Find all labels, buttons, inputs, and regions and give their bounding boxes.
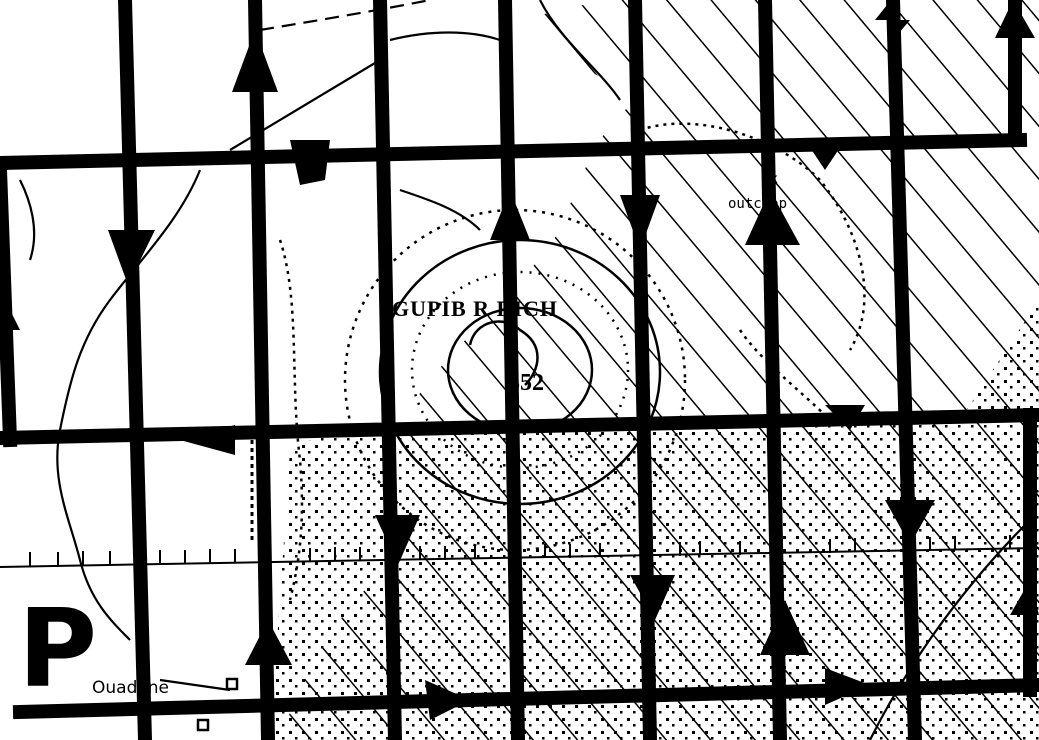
map-canvas: GUPIB R RICH 352 P Ouadane outcrop rk <box>0 0 1039 740</box>
peak-name-label: GUPIB R RICH <box>392 296 558 322</box>
sheet-letter-label: P <box>18 600 97 700</box>
outcrop-label: outcrop <box>728 196 787 212</box>
town-label: Ouadane <box>92 678 169 698</box>
elevation-label: 352 <box>508 370 544 397</box>
outcrop-marker-label: rk <box>762 172 778 187</box>
